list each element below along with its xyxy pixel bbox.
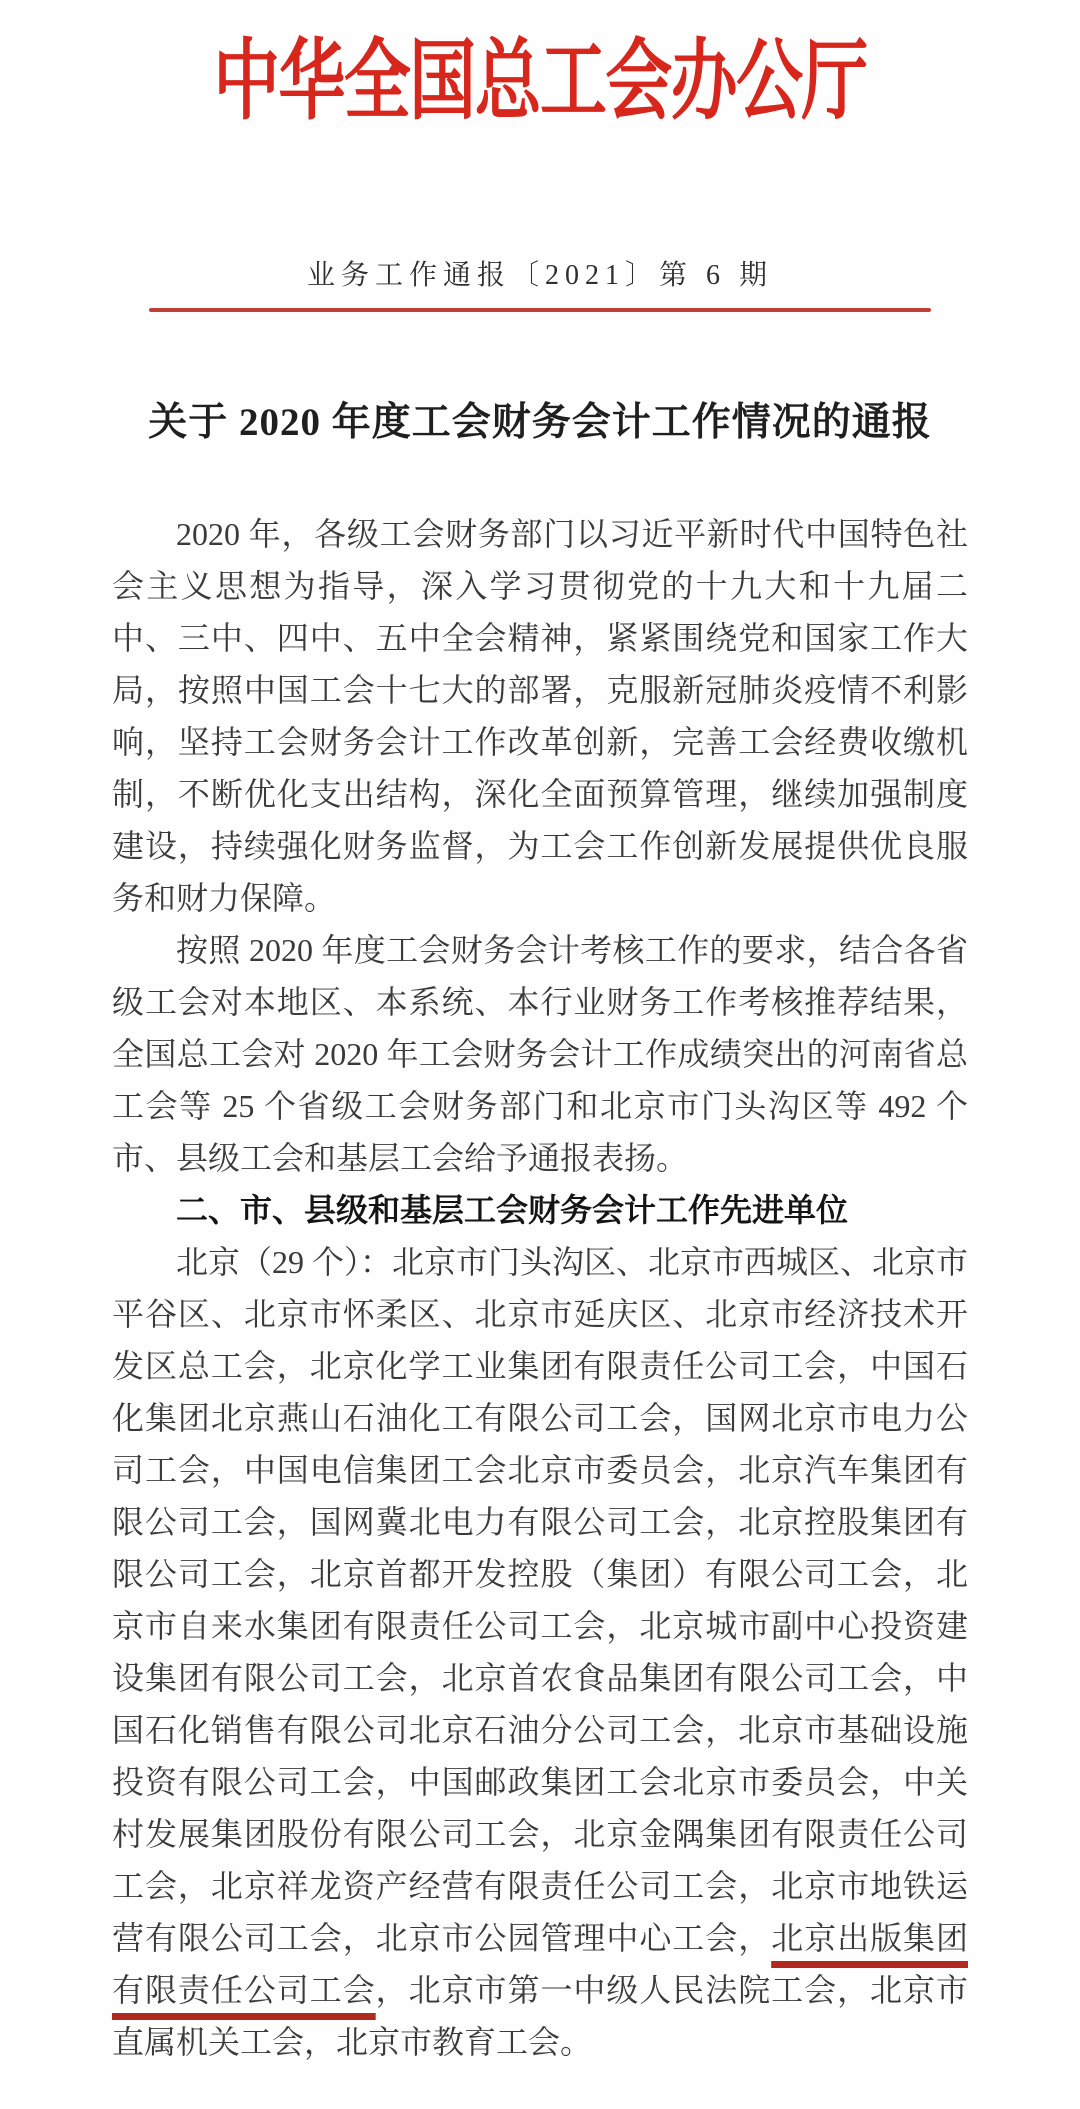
beijing-list-text: 北京（29 个）：北京市门头沟区、北京市西城区、北京市平谷区、北京市怀柔区、北京… xyxy=(112,1244,968,1956)
issue-line: 业务工作通报〔2021〕第 6 期 xyxy=(0,253,1080,293)
section-heading: 二、市、县级和基层工会财务会计工作先进单位 xyxy=(112,1184,968,1236)
paragraph-beijing-list: 北京（29 个）：北京市门头沟区、北京市西城区、北京市平谷区、北京市怀柔区、北京… xyxy=(112,1236,968,2068)
paragraph-intro: 2020 年，各级工会财务部门以习近平新时代中国特色社会主义思想为指导，深入学习… xyxy=(112,508,968,924)
document-body: 2020 年，各级工会财务部门以习近平新时代中国特色社会主义思想为指导，深入学习… xyxy=(112,508,968,2068)
header-divider-rule xyxy=(149,308,931,312)
document-page: 中华全国总工会办公厅 业务工作通报〔2021〕第 6 期 关于 2020 年度工… xyxy=(0,0,1080,2109)
paragraph-commendation: 按照 2020 年度工会财务会计考核工作的要求，结合各省级工会对本地区、本系统、… xyxy=(112,924,968,1184)
document-title: 关于 2020 年度工会财务会计工作情况的通报 xyxy=(0,400,1080,447)
masthead-org-name: 中华全国总工会办公厅 xyxy=(130,0,951,133)
